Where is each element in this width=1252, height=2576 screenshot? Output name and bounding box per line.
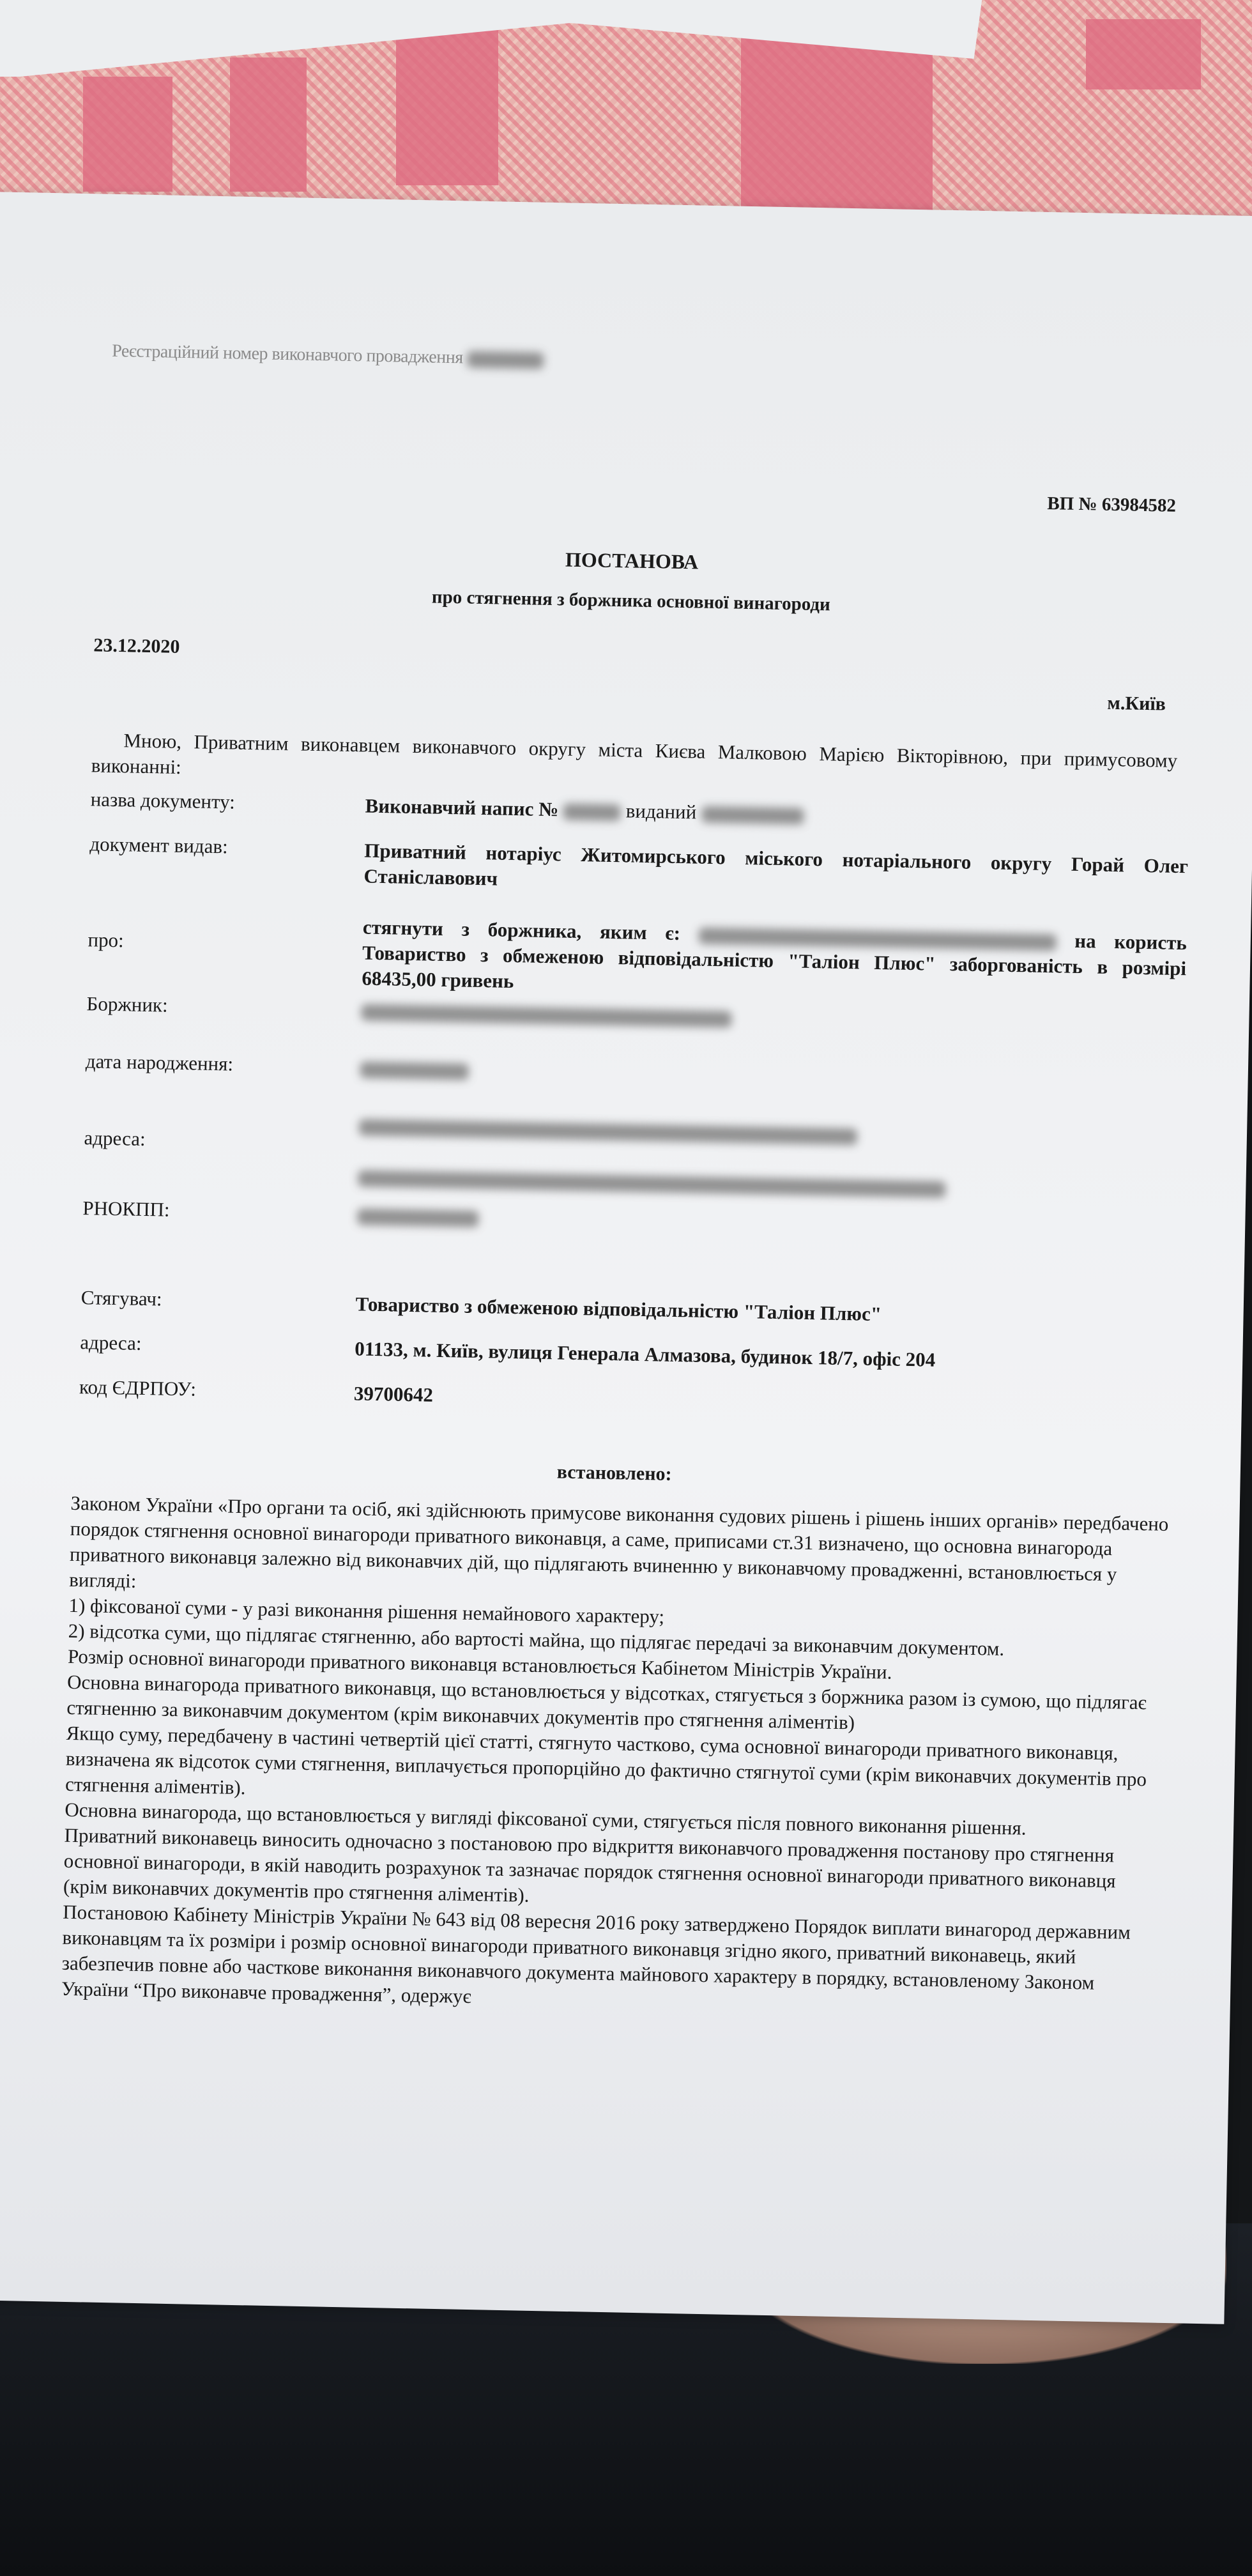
field-creditor-address: адреса: 01133, м. Київ, вулиця Генерала … (80, 1331, 1179, 1377)
redacted-debtor-name (698, 927, 1056, 951)
field-address: адреса: (83, 1107, 1183, 1205)
field-value: Виконавчий напис № виданий (365, 793, 1189, 835)
document-date: 23.12.2020 (93, 634, 180, 658)
field-birth-date: дата народження: (85, 1050, 1184, 1096)
field-label: РНОКПП: (82, 1197, 358, 1227)
field-label: адреса: (83, 1107, 359, 1189)
field-label: код ЄДРПОУ: (79, 1376, 355, 1406)
redacted-birth-date (360, 1061, 468, 1080)
redacted-registration (467, 351, 544, 369)
redacted-debtor (361, 1004, 731, 1027)
established-heading: встановлено: (59, 1452, 1170, 1495)
vp-number: ВП № 63984582 (1047, 493, 1176, 517)
redacted-date (701, 806, 804, 825)
field-value: Товариство з обмеженою відповідальністю … (355, 1291, 1180, 1333)
body-text: Законом України «Про органи та осіб, які… (61, 1491, 1170, 2023)
redacted-rnokpp (357, 1208, 478, 1227)
field-label: адреса: (80, 1331, 355, 1361)
field-label: назва документу: (90, 788, 365, 818)
cloth-pattern (230, 57, 307, 192)
document-city: м.Київ (1107, 693, 1166, 716)
redacted-address-2 (358, 1170, 945, 1198)
registration-label: Реєстраційний номер виконавчого провадже… (112, 341, 463, 368)
document-title: ПОСТАНОВА (76, 539, 1187, 583)
redacted-address-1 (359, 1119, 857, 1145)
field-creditor: Стягувач: Товариство з обмеженою відпові… (80, 1286, 1179, 1333)
registration-number: Реєстраційний номер виконавчого провадже… (112, 341, 544, 370)
field-edrpou: код ЄДРПОУ: 39700642 (79, 1376, 1178, 1422)
field-about: про: стягнути з боржника, яким є: на кор… (87, 909, 1187, 1007)
field-label: про: (87, 909, 363, 991)
field-value: стягнути з боржника, яким є: на користь … (362, 915, 1187, 1008)
field-value: 39700642 (354, 1381, 1179, 1422)
field-label: дата народження: (85, 1050, 360, 1080)
document-content: Реєстраційний номер виконавчого провадже… (82, 257, 1193, 279)
document-page: Реєстраційний номер виконавчого провадже… (0, 192, 1252, 2324)
cloth-pattern (1086, 19, 1201, 89)
field-rnokpp: РНОКПП: (82, 1197, 1181, 1243)
field-value (357, 1202, 1182, 1243)
about-prefix: стягнути з боржника, яким є: (363, 916, 681, 945)
intro-paragraph: Мною, Приватним виконавцем виконавчого о… (91, 727, 1177, 799)
doc-name-mid: виданий (625, 799, 696, 823)
field-value (360, 1055, 1184, 1096)
cloth-pattern (396, 26, 498, 185)
body-paragraph: Постановою Кабінету Міністрів України № … (61, 1899, 1162, 2023)
field-label: Стягувач: (80, 1286, 356, 1317)
doc-name-prefix: Виконавчий напис № (365, 795, 558, 821)
field-value: Приватний нотаріус Житомирського міськог… (363, 838, 1188, 905)
document-subtitle: про стягнення з боржника основної винаго… (75, 580, 1187, 622)
field-label: документ видав: (89, 832, 364, 889)
cloth-pattern (83, 77, 172, 192)
field-label: Боржник: (86, 992, 362, 1023)
field-issued-by: документ видав: Приватний нотаріус Житом… (89, 832, 1188, 905)
field-value: 01133, м. Київ, вулиця Генерала Алмазова… (355, 1336, 1179, 1377)
redacted-number (563, 803, 621, 821)
field-value (358, 1112, 1183, 1205)
